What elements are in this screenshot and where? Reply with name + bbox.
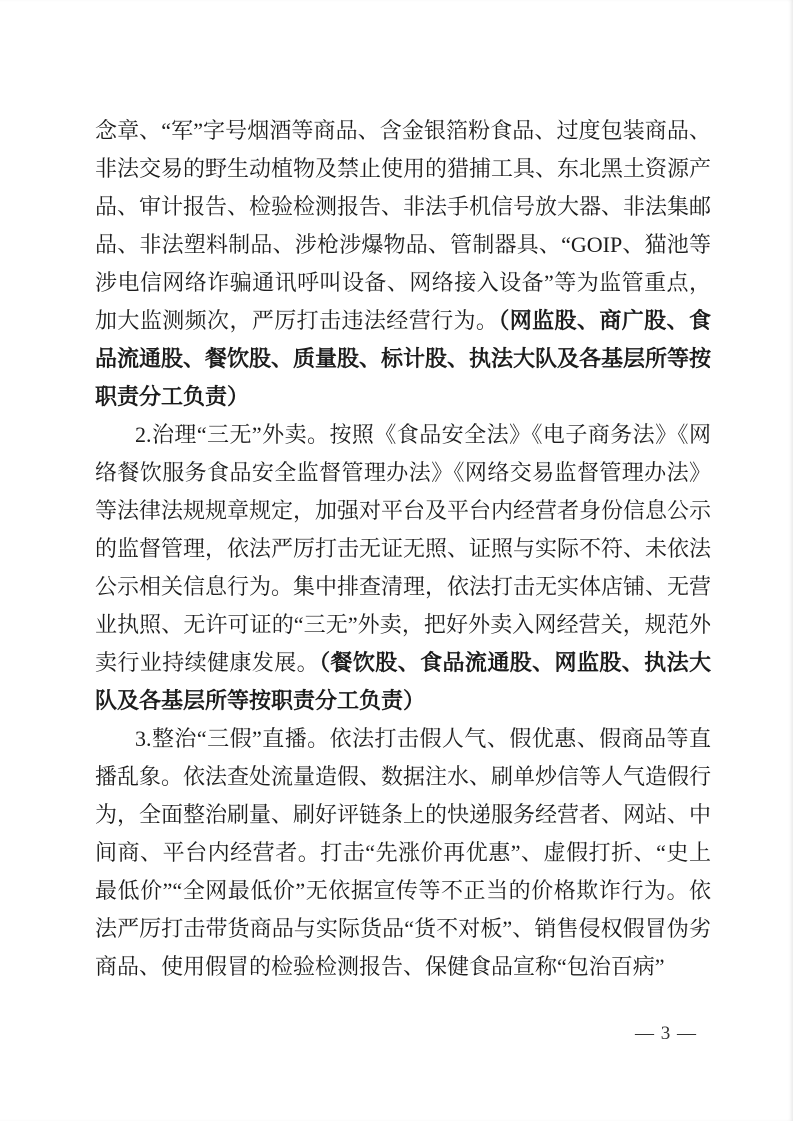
paragraph-item-2: 2.治理“三无”外卖。按照《食品安全法》《电子商务法》《网络餐饮服务食品安全监督… <box>95 416 711 720</box>
body-text-segment: 念章、“军”字号烟酒等商品、含金银箔粉食品、过度包装商品、非法交易的野生动植物及… <box>95 118 711 333</box>
body-text-segment: 2.治理“三无”外卖。按照《食品安全法》《电子商务法》《网络餐饮服务食品安全监督… <box>95 422 711 675</box>
paragraph-item-3: 3.整治“三假”直播。依法打击假人气、假优惠、假商品等直播乱象。依法查处流量造假… <box>95 720 711 986</box>
page-number: — 3 — <box>635 1022 697 1046</box>
body-text-segment: 3.整治“三假”直播。依法打击假人气、假优惠、假商品等直播乱象。依法查处流量造假… <box>95 726 711 979</box>
scanned-document-page: 念章、“军”字号烟酒等商品、含金银箔粉食品、过度包装商品、非法交易的野生动植物及… <box>0 0 793 1121</box>
document-body: 念章、“军”字号烟酒等商品、含金银箔粉食品、过度包装商品、非法交易的野生动植物及… <box>95 112 711 986</box>
paragraph-continuation: 念章、“军”字号烟酒等商品、含金银箔粉食品、过度包装商品、非法交易的野生动植物及… <box>95 112 711 416</box>
